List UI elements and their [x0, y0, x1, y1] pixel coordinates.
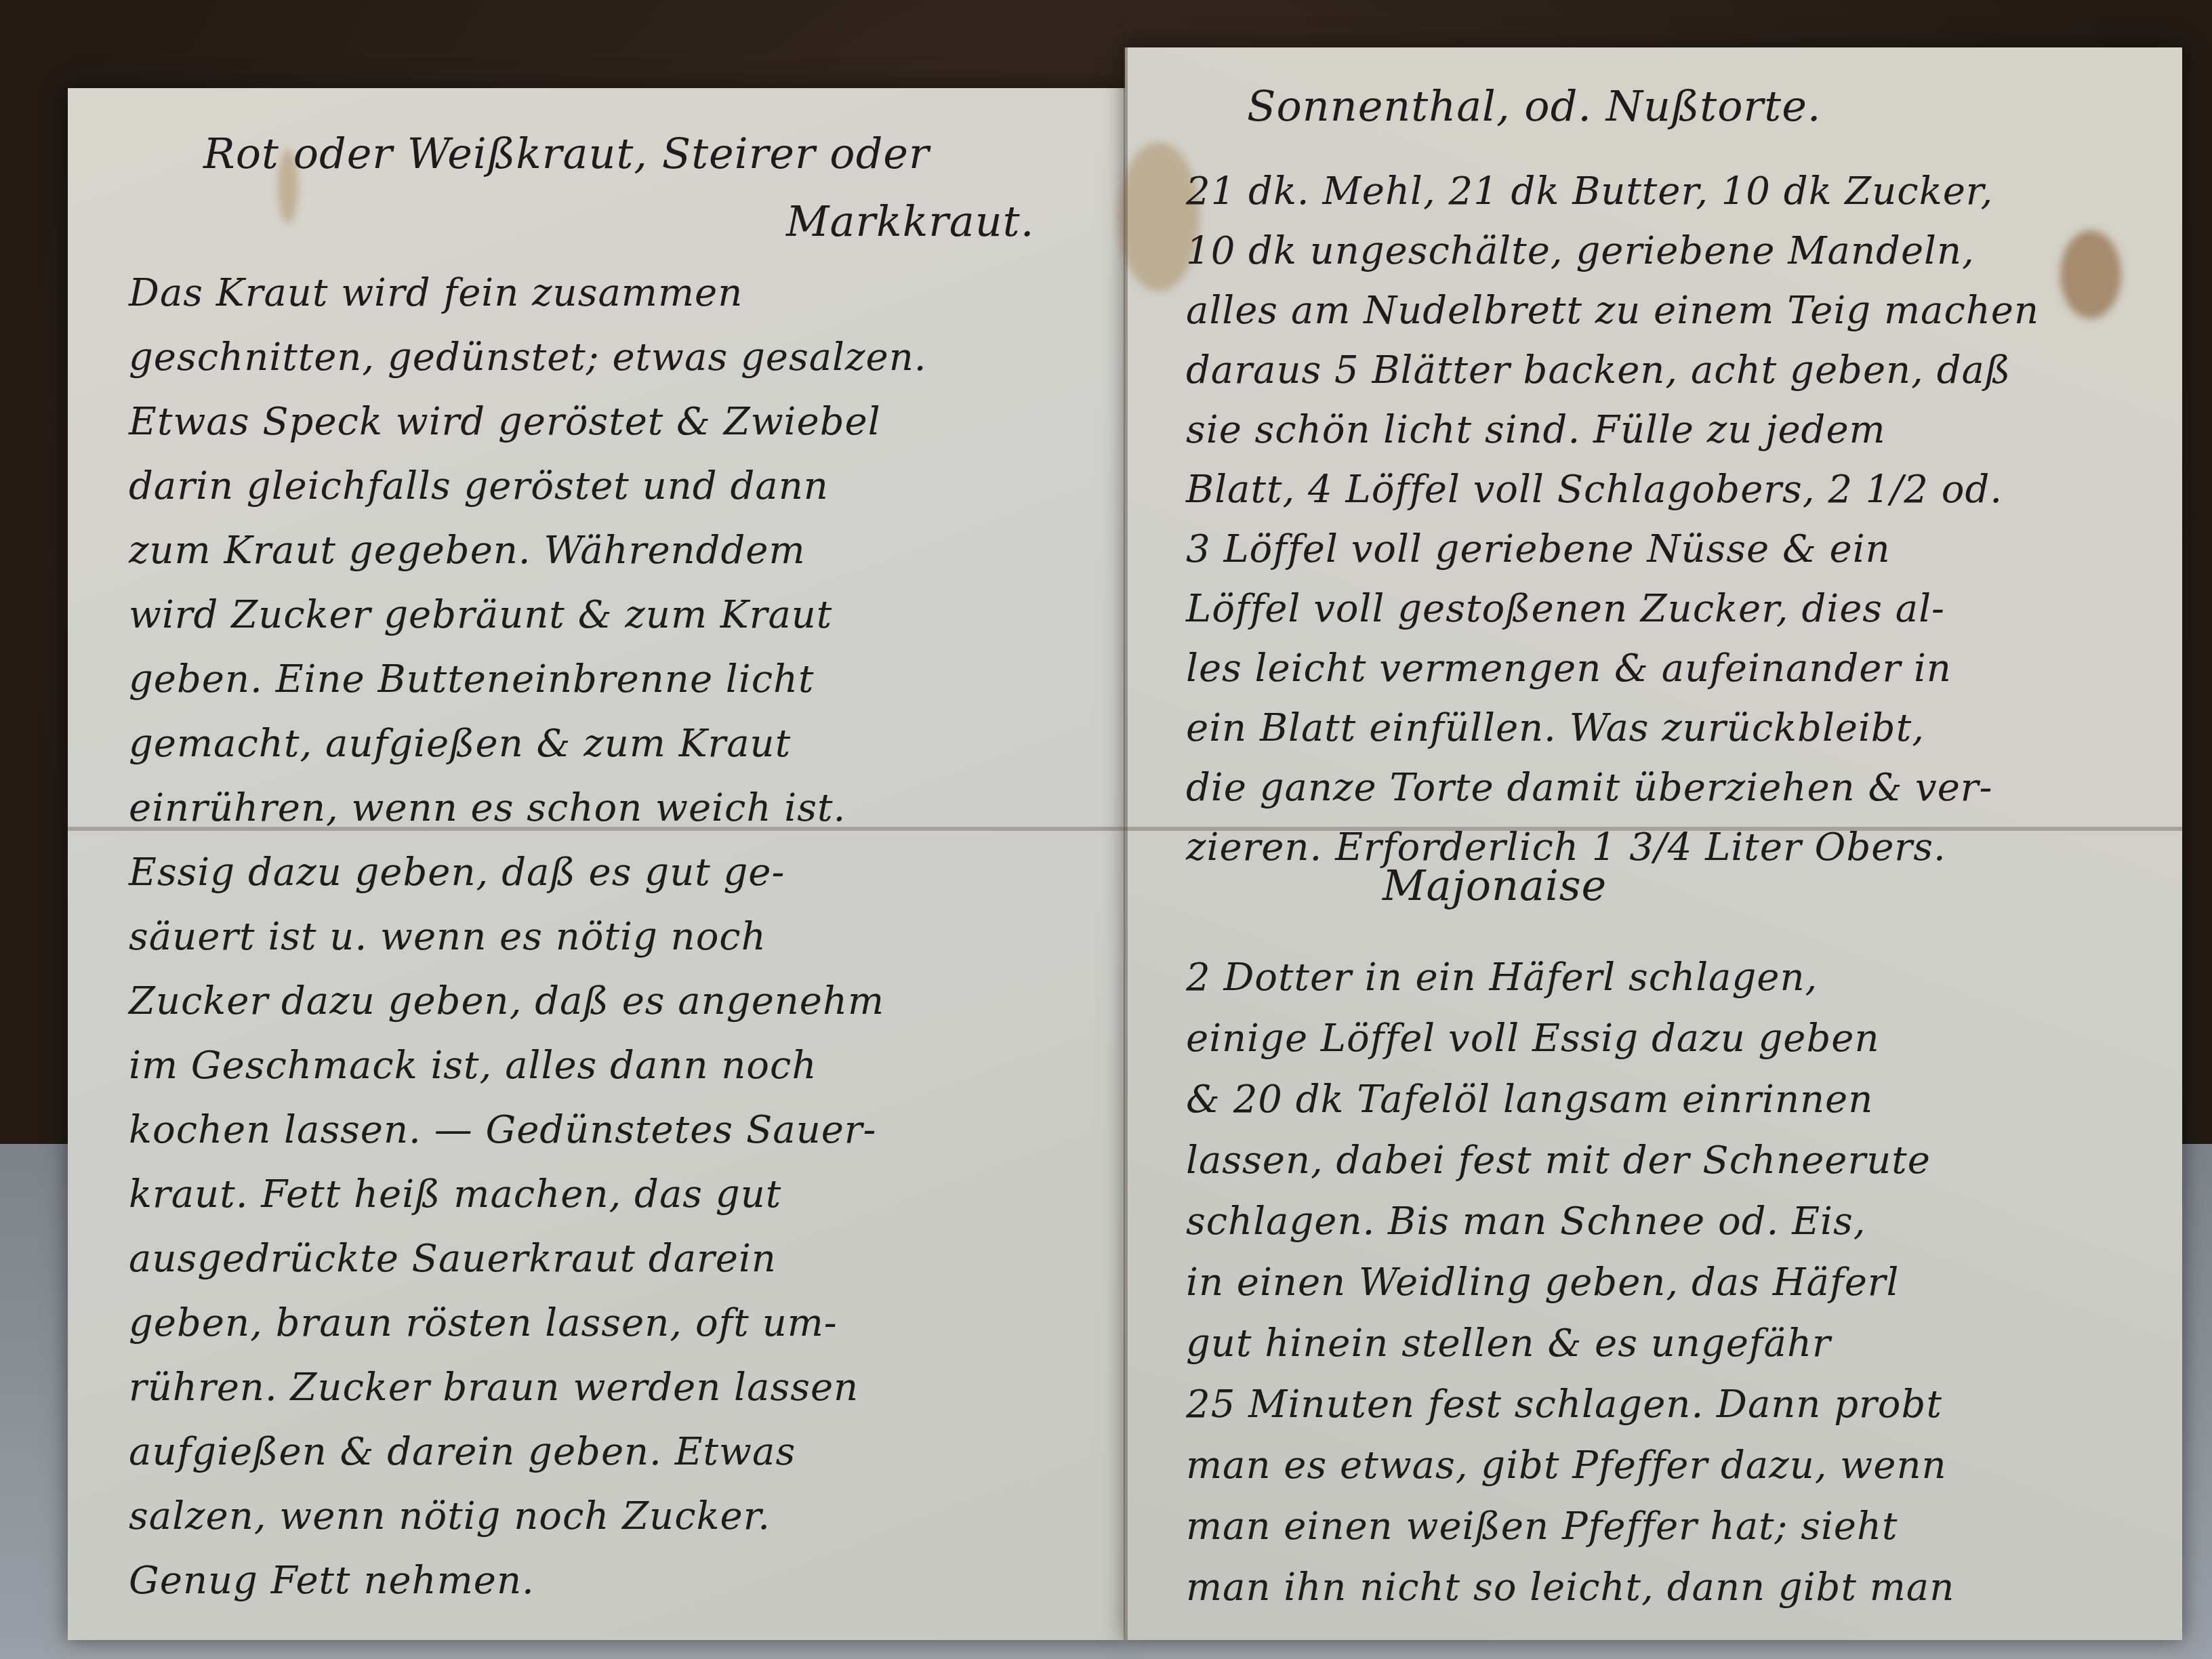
handwritten-line: aufgießen & darein geben. Etwas: [129, 1430, 796, 1474]
handwritten-line: man ihn nicht so leicht, dann gibt man: [1186, 1565, 1954, 1610]
handwritten-line: einige Löffel voll Essig dazu geben: [1186, 1017, 1880, 1061]
mayonnaise-title: Majonaise: [1382, 861, 1607, 910]
handwritten-line: 3 Löffel voll geriebene Nüsse & ein: [1186, 527, 1891, 571]
handwritten-line: in einen Weidling geben, das Häferl: [1186, 1261, 1900, 1305]
handwritten-line: Etwas Speck wird geröstet & Zwiebel: [129, 400, 881, 444]
handwritten-line: man einen weißen Pfeffer hat; sieht: [1186, 1504, 1898, 1549]
handwritten-line: les leicht vermengen & aufeinander in: [1186, 647, 1952, 691]
handwritten-line: sie schön licht sind. Fülle zu jedem: [1186, 408, 1886, 452]
handwritten-line: daraus 5 Blätter backen, acht geben, daß: [1186, 348, 2011, 392]
handwritten-line: lassen, dabei fest mit der Schneerute: [1186, 1139, 1931, 1183]
left-page: Rot oder Weißkraut, Steirer oder Markkra…: [68, 88, 1125, 1640]
handwritten-line: Blatt, 4 Löffel voll Schlagobers, 2 1/2 …: [1186, 468, 2003, 512]
left-title-line1: Rot oder Weißkraut, Steirer oder: [203, 129, 930, 178]
handwritten-line: geschnitten, gedünstet; etwas gesalzen.: [129, 335, 927, 380]
handwritten-line: säuert ist u. wenn es nötig noch: [129, 915, 766, 959]
handwritten-line: Zucker dazu geben, daß es angenehm: [129, 979, 884, 1023]
handwritten-line: 21 dk. Mehl, 21 dk Butter, 10 dk Zucker,: [1186, 169, 1993, 213]
handwritten-line: kochen lassen. — Gedünstetes Sauer-: [129, 1108, 877, 1152]
handwritten-line: Genug Fett nehmen.: [129, 1559, 535, 1603]
stain: [2060, 230, 2121, 319]
vertical-fold: [1124, 47, 1128, 1640]
handwritten-line: Das Kraut wird fein zusammen: [129, 271, 743, 315]
handwritten-line: gemacht, aufgießen & zum Kraut: [129, 722, 791, 766]
handwritten-line: ausgedrückte Sauerkraut darein: [129, 1237, 777, 1281]
left-title-line2: Markkraut.: [786, 197, 1034, 246]
handwritten-line: schlagen. Bis man Schnee od. Eis,: [1186, 1200, 1866, 1244]
handwritten-line: darin gleichfalls geröstet und dann: [129, 464, 829, 508]
handwritten-line: man es etwas, gibt Pfeffer dazu, wenn: [1186, 1443, 1947, 1488]
handwritten-line: & 20 dk Tafelöl langsam einrinnen: [1186, 1078, 1873, 1122]
handwritten-line: zum Kraut gegeben. Währenddem: [129, 529, 806, 573]
handwritten-line: geben. Eine Butteneinbrenne licht: [129, 657, 815, 701]
handwritten-line: die ganze Torte damit überziehen & ver-: [1186, 766, 1993, 810]
handwritten-line: geben, braun rösten lassen, oft um-: [129, 1301, 838, 1345]
handwritten-line: einrühren, wenn es schon weich ist.: [129, 786, 846, 830]
handwritten-line: ein Blatt einfüllen. Was zurückbleibt,: [1186, 706, 1925, 750]
handwritten-line: 25 Minuten fest schlagen. Dann probt: [1186, 1382, 1942, 1427]
handwritten-line: im Geschmack ist, alles dann noch: [129, 1044, 817, 1088]
recipe-sheet: Rot oder Weißkraut, Steirer oder Markkra…: [27, 41, 2189, 1654]
right-page: Sonnenthal, od. Nußtorte. 21 dk. Mehl, 2…: [1125, 47, 2182, 1640]
handwritten-line: rühren. Zucker braun werden lassen: [129, 1366, 859, 1410]
handwritten-line: gut hinein stellen & es ungefähr: [1186, 1322, 1831, 1366]
handwritten-line: 2 Dotter in ein Häferl schlagen,: [1186, 956, 1818, 1000]
handwritten-line: Löffel voll gestoßenen Zucker, dies al-: [1186, 587, 1945, 631]
handwritten-line: salzen, wenn nötig noch Zucker.: [129, 1494, 771, 1538]
handwritten-line: 10 dk ungeschälte, geriebene Mandeln,: [1186, 229, 1975, 273]
right-title: Sonnenthal, od. Nußtorte.: [1247, 81, 1822, 131]
handwritten-line: wird Zucker gebräunt & zum Kraut: [129, 593, 832, 637]
handwritten-line: alles am Nudelbrett zu einem Teig machen: [1186, 289, 2039, 333]
handwritten-line: kraut. Fett heiß machen, das gut: [129, 1172, 781, 1216]
handwritten-line: Essig dazu geben, daß es gut ge-: [129, 851, 785, 895]
